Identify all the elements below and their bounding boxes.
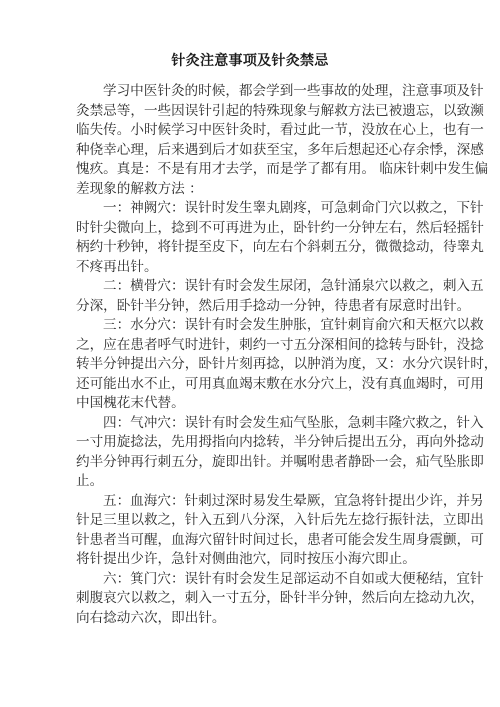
- text-line: 不疼再出针。: [76, 258, 418, 278]
- text-line: 针足三里以救之，针入五到八分深，入针后先左捻行振针法，立即出: [76, 511, 418, 531]
- text-line: 约半分钟再行刺五分，旋即出针。并嘱咐患者静卧一会，疝气坠胀即: [76, 453, 418, 473]
- text-line: 愧疚。真是：不是有用才去学，而是学了都有用。 临床针刺中发生偏: [76, 160, 418, 180]
- text-line: 柄约十秒钟，将针提至皮下，向左右个斜刺五分，微微捻动，待睾丸: [76, 238, 418, 258]
- text-line: 转半分钟提出六分，卧针片刻再捻，以肿消为度，又：水分穴误针时，: [76, 355, 418, 375]
- paragraph-item-4: 四：气冲穴：误针有时会发生疝气坠胀，急刺丰隆穴救之，针入一寸用旋捻法，先用拇指向…: [76, 414, 418, 492]
- paragraph-intro: 学习中医针灸的时候，都会学到一些事故的处理，注意事项及针灸禁忌等，一些因误针引起…: [76, 82, 418, 199]
- text-line: 将针提出少许，急针对侧曲池穴，同时按压小海穴即止。: [76, 550, 418, 570]
- document-body: 学习中医针灸的时候，都会学到一些事故的处理，注意事项及针灸禁忌等，一些因误针引起…: [76, 82, 418, 628]
- text-line: 针患者当可醒，血海穴留针时间过长，患者可能会发生周身震颤，可: [76, 531, 418, 551]
- text-line: 止。: [76, 472, 418, 492]
- text-line: 学习中医针灸的时候，都会学到一些事故的处理，注意事项及针: [76, 82, 418, 102]
- text-line: 刺腹哀穴以救之，刺入一寸五分，卧针半分钟，然后向左捻动九次，: [76, 589, 418, 609]
- paragraph-item-2: 二：横骨穴：误针有时会发生尿闭，急针涌泉穴以救之，刺入五分深，卧针半分钟，然后用…: [76, 277, 418, 316]
- text-line: 中国槐花末代替。: [76, 394, 418, 414]
- text-line: 临失传。小时候学习中医针灸时，看过此一节，没放在心上，也有一: [76, 121, 418, 141]
- paragraph-item-1: 一：神阙穴：误针时发生睾丸剧疼，可急刺命门穴以救之，下针时针尖微向上，捻到不可再…: [76, 199, 418, 277]
- text-line: 二：横骨穴：误针有时会发生尿闭，急针涌泉穴以救之，刺入五: [76, 277, 418, 297]
- text-line: 还可能出水不止，可用真血竭末敷在水分穴上，没有真血竭时，可用: [76, 375, 418, 395]
- text-line: 灸禁忌等，一些因误针引起的特殊现象与解救方法已被遗忘，以致濒: [76, 102, 418, 122]
- document-title: 针灸注意事项及针灸禁忌: [0, 50, 500, 70]
- text-line: 六：箕门穴：误针有时会发生足部运动不自如或大便秘结，宜针: [76, 570, 418, 590]
- text-line: 五：血海穴：针刺过深时易发生晕厥，宜急将针提出少许，并另: [76, 492, 418, 512]
- text-line: 种侥幸心理，后来遇到后才如获至宝，多年后想起还心存余悸，深感: [76, 141, 418, 161]
- text-line: 分深，卧针半分钟，然后用手捻动一分钟，待患者有尿意时出针。: [76, 297, 418, 317]
- paragraph-item-6: 六：箕门穴：误针有时会发生足部运动不自如或大便秘结，宜针刺腹哀穴以救之，刺入一寸…: [76, 570, 418, 629]
- text-line: 之，应在患者呼气时进针，刺约一寸五分深相间的捻转与卧针，没捻: [76, 336, 418, 356]
- text-line: 时针尖微向上，捻到不可再进为止，卧针约一分钟左右，然后轻摇针: [76, 219, 418, 239]
- text-line: 差现象的解救方法 ：: [76, 180, 418, 200]
- text-line: 四：气冲穴：误针有时会发生疝气坠胀，急刺丰隆穴救之，针入: [76, 414, 418, 434]
- document-page: 针灸注意事项及针灸禁忌 学习中医针灸的时候，都会学到一些事故的处理，注意事项及针…: [0, 0, 500, 707]
- text-line: 三：水分穴：误针有时会发生肿胀，宜针刺肓俞穴和天枢穴以救: [76, 316, 418, 336]
- paragraph-item-5: 五：血海穴：针刺过深时易发生晕厥，宜急将针提出少许，并另针足三里以救之，针入五到…: [76, 492, 418, 570]
- text-line: 向右捻动六次，即出针。: [76, 609, 418, 629]
- paragraph-item-3: 三：水分穴：误针有时会发生肿胀，宜针刺肓俞穴和天枢穴以救之，应在患者呼气时进针，…: [76, 316, 418, 414]
- text-line: 一：神阙穴：误针时发生睾丸剧疼，可急刺命门穴以救之，下针: [76, 199, 418, 219]
- text-line: 一寸用旋捻法，先用拇指向内捻转，半分钟后提出五分，再向外捻动: [76, 433, 418, 453]
